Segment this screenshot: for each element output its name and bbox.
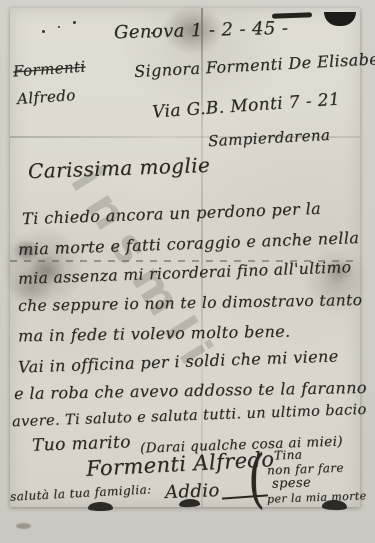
recipient-line-1: Signora Formenti De Elisabetta <box>134 48 375 81</box>
ink-blot-top-right <box>324 12 356 26</box>
paper-edge-mark-1 <box>88 502 113 511</box>
body-line-7: e la roba che avevo addosso te la farann… <box>14 378 367 403</box>
closing-left: Tuo marito <box>32 432 131 455</box>
farewell: Addio <box>165 480 220 503</box>
salutation: Carissima moglie <box>28 153 211 183</box>
margin-note-bracket: ( <box>248 442 266 516</box>
photo-background: insmli Genova 1 - 2 - 45 - Formenti Alfr… <box>0 0 375 543</box>
speck-dot <box>73 21 76 24</box>
margin-note-line-4: per la mia morte <box>267 489 367 505</box>
recipient-line-3: Sampierdarena <box>208 126 331 150</box>
body-line-5: ma in fede ti volevo molto bene. <box>18 322 291 346</box>
family-greeting: salutà la tua famiglia: <box>10 482 152 503</box>
margin-note-line-1: Tina <box>274 448 303 463</box>
letter-paper: insmli Genova 1 - 2 - 45 - Formenti Alfr… <box>10 8 360 507</box>
vertical-fold-crease <box>201 8 203 507</box>
speck-dot <box>42 30 45 33</box>
background-mark-bottom-left <box>16 523 31 529</box>
margin-note-line-3: spese <box>272 475 312 491</box>
body-line-1: Ti chiedo ancora un perdono per la <box>22 199 322 228</box>
recipient-line-2: Via G.B. Monti 7 - 21 <box>152 89 341 122</box>
body-line-2: mia morte e fatti coraggio e anche nella <box>18 228 360 259</box>
body-line-8: avere. Ti saluto e saluta tutti. un ulti… <box>12 402 367 430</box>
speck-dot <box>58 26 60 28</box>
sender-name-line-1: Formenti <box>12 57 86 80</box>
sender-name-line-2: Alfredo <box>16 86 76 108</box>
date-line: Genova 1 - 2 - 45 - <box>114 18 289 44</box>
